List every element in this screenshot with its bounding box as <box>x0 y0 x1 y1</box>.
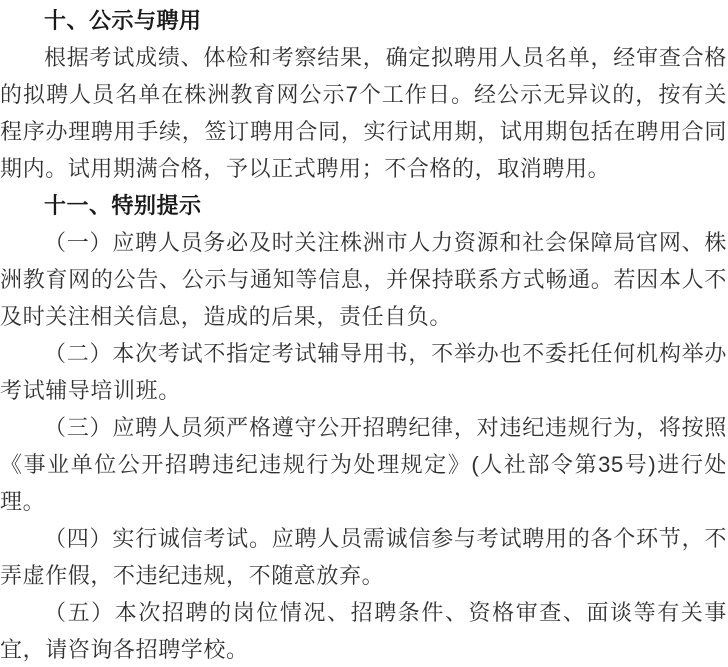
paragraph-note-2-no-tutoring: （二）本次考试不指定考试辅导用书，不举办也不委托任何机构举办考试辅导培训班。 <box>0 335 727 409</box>
document-page: 十、公示与聘用 根据考试成绩、体检和考察结果，确定拟聘用人员名单，经审查合格的拟… <box>0 0 728 667</box>
paragraph-note-5-consult-schools: （五）本次招聘的岗位情况、招聘条件、资格审查、面谈等有关事宜，请咨询各招聘学校。 <box>0 594 727 667</box>
paragraph-note-3-discipline: （三）应聘人员须严格遵守公开招聘纪律，对违纪违规行为，将按照《事业单位公开招聘违… <box>0 409 727 520</box>
section-heading-special-notes: 十一、特别提示 <box>0 187 727 224</box>
paragraph-note-4-integrity-exam: （四）实行诚信考试。应聘人员需诚信参与考试聘用的各个环节，不弄虚作假，不违纪违规… <box>0 520 727 594</box>
section-heading-publicity-and-employment: 十、公示与聘用 <box>0 2 727 39</box>
paragraph-publicity-and-employment: 根据考试成绩、体检和考察结果，确定拟聘用人员名单，经审查合格的拟聘人员名单在株洲… <box>0 39 727 187</box>
paragraph-note-1-stay-informed: （一）应聘人员务必及时关注株洲市人力资源和社会保障局官网、株洲教育网的公告、公示… <box>0 224 727 335</box>
